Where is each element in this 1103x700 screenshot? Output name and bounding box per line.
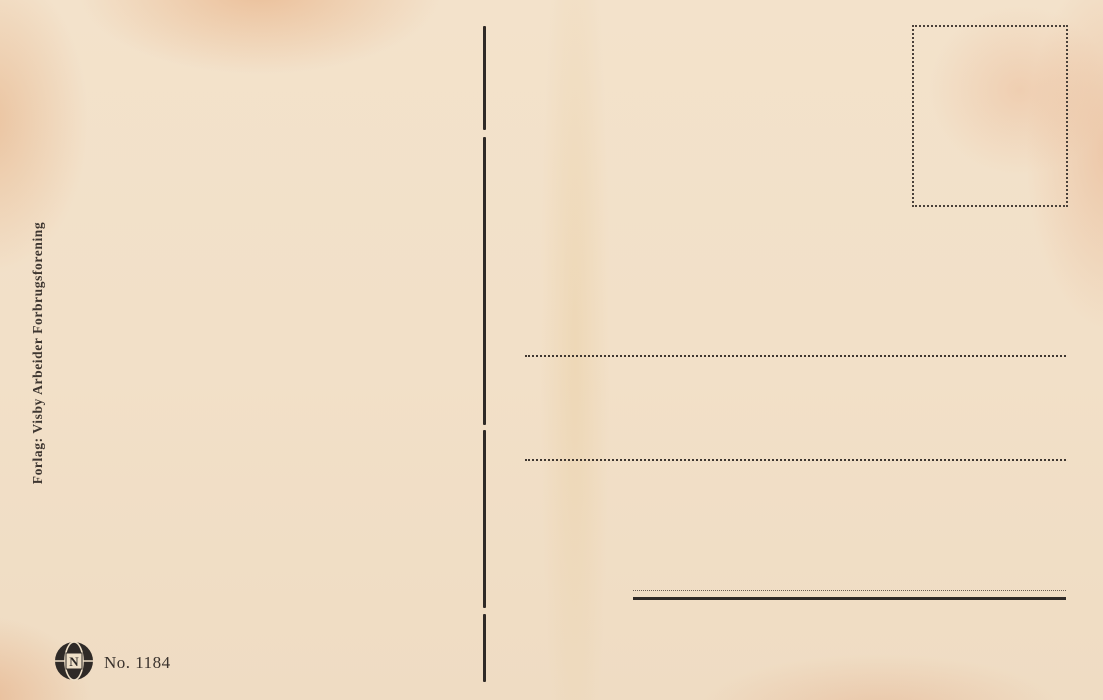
publisher-imprint: Forlag: Visby Arbeider Forbrugsforening (22, 195, 54, 511)
divider-segment-3 (483, 430, 486, 608)
address-line-2 (525, 459, 1066, 461)
postcard-back: Forlag: Visby Arbeider Forbrugsforening … (0, 0, 1103, 700)
stamp-box (912, 25, 1068, 207)
address-line-3-guide (633, 590, 1066, 591)
address-line-3 (633, 597, 1066, 600)
publisher-monogram-icon: N (54, 641, 94, 681)
divider-segment-4 (483, 614, 486, 682)
catalog-number: No. 1184 (104, 653, 171, 673)
publisher-text: Forlag: Visby Arbeider Forbrugsforening (30, 222, 46, 485)
svg-text:N: N (69, 654, 79, 669)
divider-segment-2 (483, 137, 486, 425)
address-line-1 (525, 355, 1066, 357)
divider-segment-1 (483, 26, 486, 130)
